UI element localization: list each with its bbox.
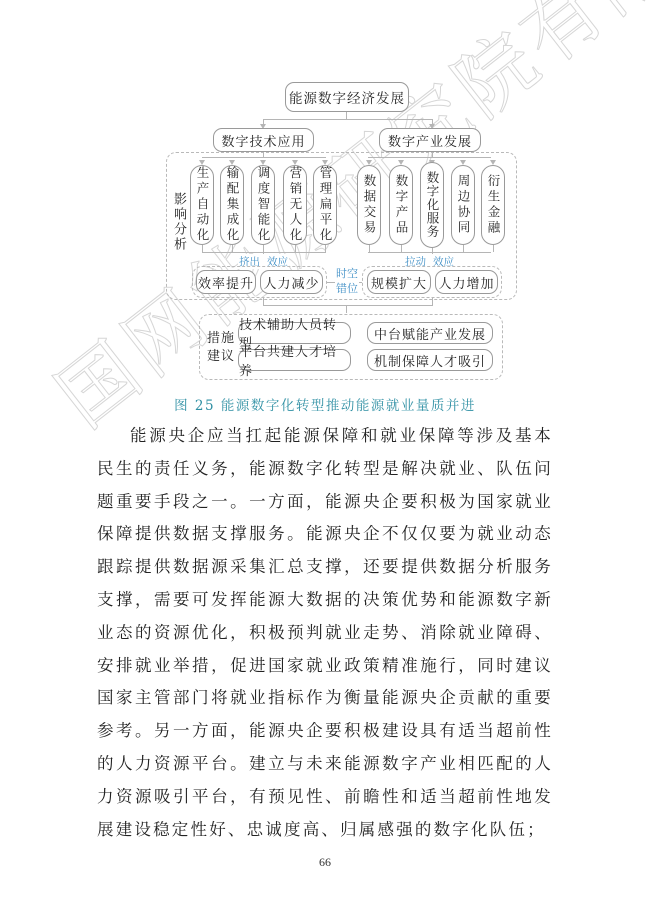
measure-label: 中台赋能产业发展 — [374, 324, 486, 343]
figure-diagram: 能源数字经济发展 数字技术应用 数字产业发展 影响分析 — [0, 0, 650, 390]
connector — [295, 245, 296, 252]
connector — [493, 245, 494, 252]
connector — [432, 298, 433, 305]
branch-node-industry: 数字产业发展 — [379, 128, 481, 152]
spatiotemporal-mismatch-label: 时空 错位 — [335, 266, 359, 296]
industry-item-label: 数字化服务 — [423, 171, 441, 239]
outcome-labor-decrease: 人力减少 — [260, 270, 323, 294]
outcome-efficiency: 效率提升 — [196, 270, 256, 294]
connector — [346, 305, 347, 313]
industry-item: 数字产品 — [389, 165, 413, 245]
measure-item: 平台共建人才培养 — [238, 349, 351, 371]
industry-item: 数据交易 — [357, 165, 381, 245]
document-page: 国网能源研究院有限公司 能源数字经济发展 数字技术应用 数字产业发展 影响分析 — [0, 0, 650, 919]
connector — [263, 305, 433, 306]
measures-label-line2: 建议 — [207, 348, 235, 366]
connector — [368, 157, 491, 158]
connector — [263, 245, 264, 252]
outcome-scale-expansion: 规模扩大 — [367, 270, 431, 294]
connector — [202, 157, 326, 158]
measures-label-line1: 措施 — [207, 330, 235, 348]
page-number: 66 — [0, 855, 650, 870]
connector — [202, 245, 203, 252]
connector — [401, 245, 402, 252]
connector — [463, 245, 464, 252]
mismatch-line2: 错位 — [336, 281, 358, 296]
connector — [263, 119, 433, 120]
measure-label: 机制保障人才吸引 — [374, 351, 486, 370]
outcome-label: 效率提升 — [198, 273, 254, 292]
root-node: 能源数字经济发展 — [285, 82, 409, 112]
measure-item: 机制保障人才吸引 — [367, 349, 493, 371]
root-node-label: 能源数字经济发展 — [289, 87, 405, 107]
measure-label: 平台共建人才培养 — [239, 341, 350, 379]
connector — [263, 298, 264, 305]
impact-analysis-label: 影响分析 — [172, 192, 186, 252]
branch-label: 数字产业发展 — [388, 131, 472, 150]
tech-item-label: 营销无人化 — [286, 166, 304, 244]
mismatch-line1: 时空 — [336, 266, 358, 281]
outcome-labor-increase: 人力增加 — [435, 270, 498, 294]
tech-item-label: 生产自动化 — [193, 166, 211, 244]
body-paragraph: 能源央企应当扛起能源保障和就业保障等涉及基本民生的责任义务，能源数字化转型是解决… — [97, 420, 553, 846]
connector — [232, 245, 233, 252]
industry-item: 数字化服务 — [420, 162, 444, 248]
connector — [202, 252, 326, 253]
connector — [325, 245, 326, 252]
industry-item: 周边协同 — [451, 165, 475, 245]
impact-label-text: 影响分析 — [171, 192, 186, 252]
tech-item: 营销无人化 — [283, 165, 307, 245]
figure-caption: 图 25 能源数字化转型推动能源就业量质并进 — [0, 394, 650, 414]
measures-label: 措施 建议 — [207, 330, 235, 366]
outcome-label: 人力减少 — [263, 273, 319, 292]
tech-item: 管理扁平化 — [313, 165, 337, 245]
tech-item: 生产自动化 — [190, 165, 214, 245]
branch-label: 数字技术应用 — [221, 131, 305, 150]
tech-item-label: 管理扁平化 — [316, 166, 334, 244]
outcome-label: 规模扩大 — [371, 273, 427, 292]
tech-item-label: 输配集成化 — [223, 166, 241, 244]
industry-item: 衍生金融 — [481, 165, 505, 245]
industry-item-label: 周边协同 — [454, 174, 472, 236]
tech-item: 输配集成化 — [220, 165, 244, 245]
connector — [368, 252, 491, 253]
outcome-label: 人力增加 — [438, 273, 494, 292]
industry-item-label: 数据交易 — [360, 174, 378, 236]
branch-node-tech: 数字技术应用 — [213, 128, 314, 152]
tech-item-label: 调度智能化 — [254, 166, 272, 244]
tech-item: 调度智能化 — [251, 165, 275, 245]
industry-item-label: 衍生金融 — [484, 174, 502, 236]
measure-item: 中台赋能产业发展 — [367, 322, 493, 344]
connector — [369, 245, 370, 252]
industry-item-label: 数字产品 — [392, 174, 410, 236]
